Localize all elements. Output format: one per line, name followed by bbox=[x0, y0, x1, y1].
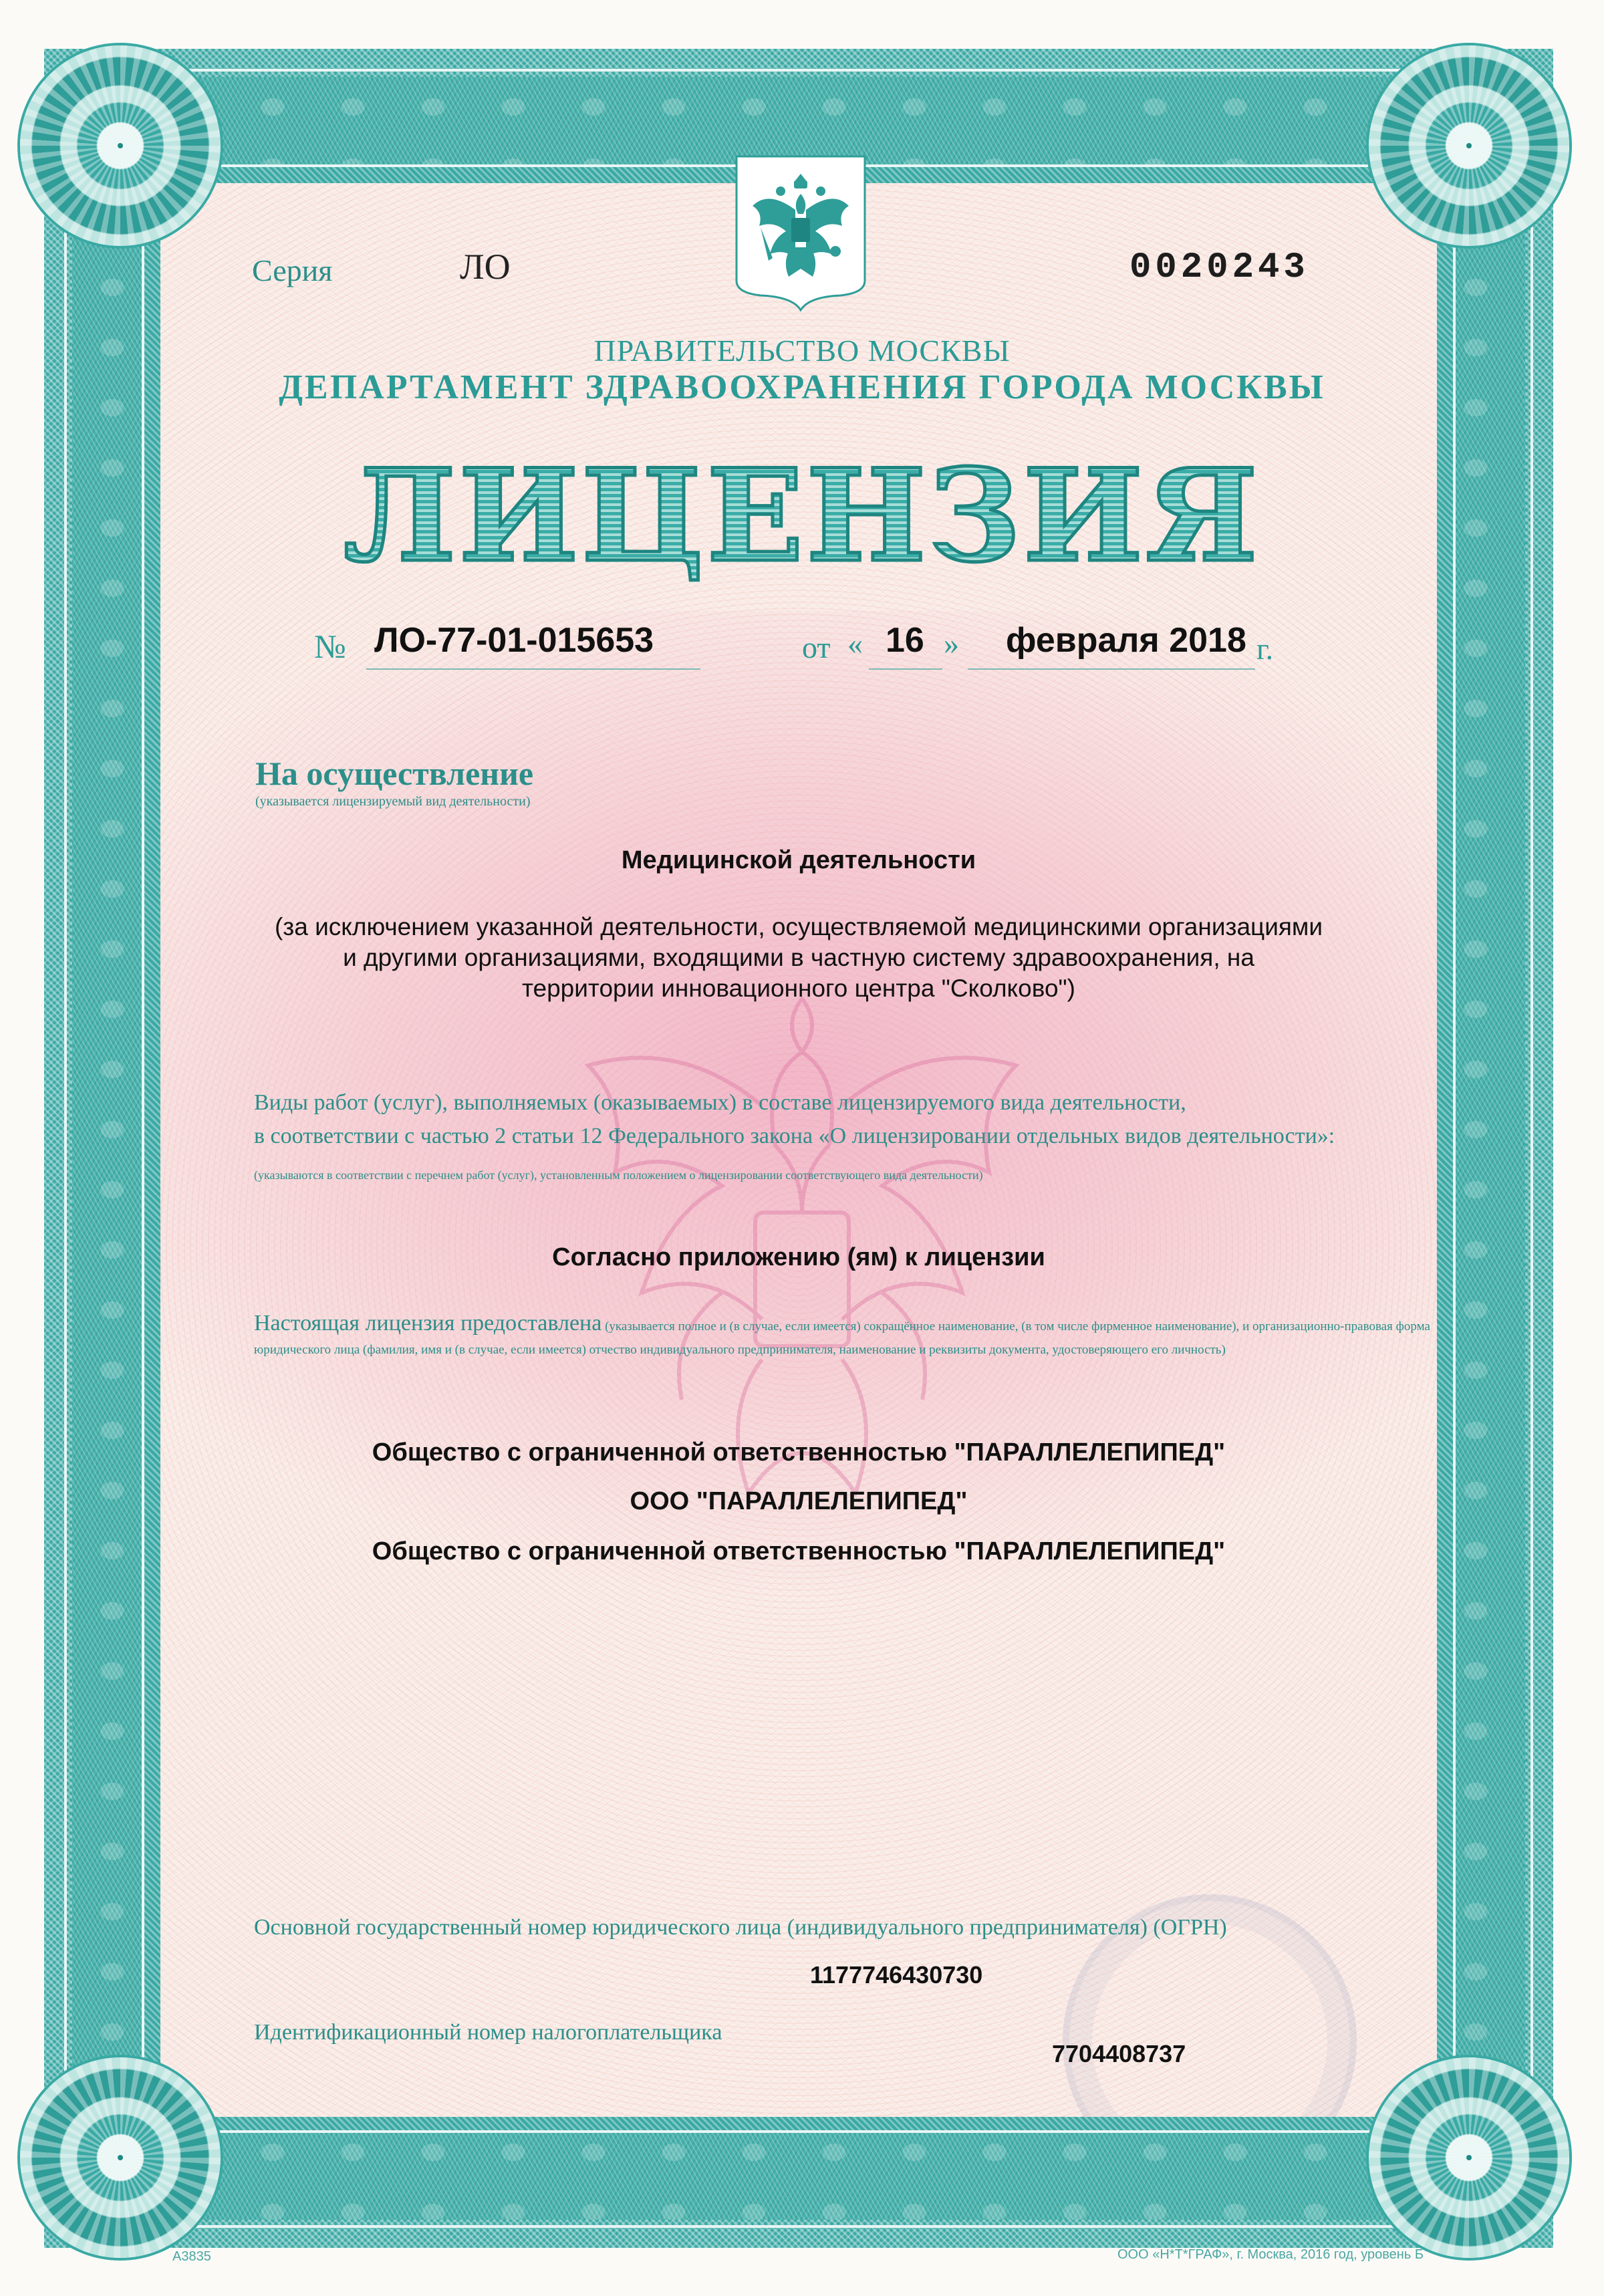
rosette-top-right-icon bbox=[1369, 45, 1569, 246]
activity-exception-line: (за исключением указанной деятельности, … bbox=[160, 912, 1437, 942]
inn-label: Идентификационный номер налогоплательщик… bbox=[254, 2020, 722, 2045]
number-label: № bbox=[314, 627, 346, 666]
licensee-brand-name: Общество с ограниченной ответственностью… bbox=[160, 1537, 1437, 1566]
day-underline bbox=[869, 668, 942, 670]
licensee-full-name: Общество с ограниченной ответственностью… bbox=[160, 1438, 1437, 1467]
license-number: ЛО-77-01-015653 bbox=[374, 620, 654, 660]
license-month-year: февраля 2018 bbox=[1006, 620, 1246, 660]
works-line: Виды работ (услуг), выполняемых (оказыва… bbox=[254, 1086, 1430, 1120]
activity-value: Медицинской деятельности bbox=[160, 846, 1437, 875]
works-line: в соответствии с частью 2 статьи 12 Феде… bbox=[254, 1120, 1430, 1153]
date-underline bbox=[968, 668, 1255, 670]
activity-note: (указывается лицензируемый вид деятельно… bbox=[255, 794, 530, 809]
activity-exception-line: территории инновационного центра "Сколко… bbox=[160, 973, 1437, 1004]
ogrn-value: 1177746430730 bbox=[810, 1961, 982, 1989]
activity-exception-line: и другими организациями, входящими в час… bbox=[160, 942, 1437, 973]
serial-number: 0020243 bbox=[1129, 247, 1309, 288]
number-underline bbox=[366, 668, 700, 670]
licensee-short-name: ООО "ПАРАЛЛЕЛЕПИПЕД" bbox=[160, 1487, 1437, 1516]
rosette-top-left-icon bbox=[20, 45, 221, 246]
license-day: 16 bbox=[886, 620, 924, 660]
year-suffix: г. bbox=[1256, 631, 1273, 666]
works-note: (указываются в соответствии с перечнем р… bbox=[254, 1168, 1430, 1182]
activity-exception: (за исключением указанной деятельности, … bbox=[160, 912, 1437, 1004]
rosette-bottom-right-icon bbox=[1369, 2057, 1569, 2258]
government-title: ПРАВИТЕЛЬСТВО МОСКВЫ bbox=[0, 333, 1604, 368]
activity-heading: На осуществление bbox=[255, 754, 533, 793]
form-code: A3835 bbox=[172, 2249, 211, 2265]
works-value: Согласно приложению (ям) к лицензии bbox=[160, 1243, 1437, 1272]
works-description: Виды работ (услуг), выполняемых (оказыва… bbox=[254, 1086, 1430, 1153]
granted-lead: Настоящая лицензия предоставлена bbox=[254, 1311, 601, 1335]
license-title: ЛИЦЕНЗИЯ bbox=[0, 441, 1604, 590]
russian-coat-of-arms-icon bbox=[734, 154, 867, 311]
granted-to-description: Настоящая лицензия предоставлена (указыв… bbox=[254, 1311, 1430, 1362]
inn-value: 7704408737 bbox=[1052, 2040, 1186, 2068]
department-title: ДЕПАРТАМЕНТ ЗДРАВООХРАНЕНИЯ ГОРОДА МОСКВ… bbox=[0, 368, 1604, 407]
series-value: ЛО bbox=[460, 246, 511, 287]
series-label: Серия bbox=[252, 253, 332, 288]
quote-close: » bbox=[944, 626, 959, 661]
printer-info: ООО «Н*Т*ГРАФ», г. Москва, 2016 год, уро… bbox=[1117, 2247, 1424, 2263]
quote-open: « bbox=[847, 626, 863, 661]
rosette-bottom-left-icon bbox=[20, 2057, 221, 2258]
date-from-label: от bbox=[802, 630, 831, 665]
ogrn-label: Основной государственный номер юридическ… bbox=[254, 1915, 1227, 1940]
